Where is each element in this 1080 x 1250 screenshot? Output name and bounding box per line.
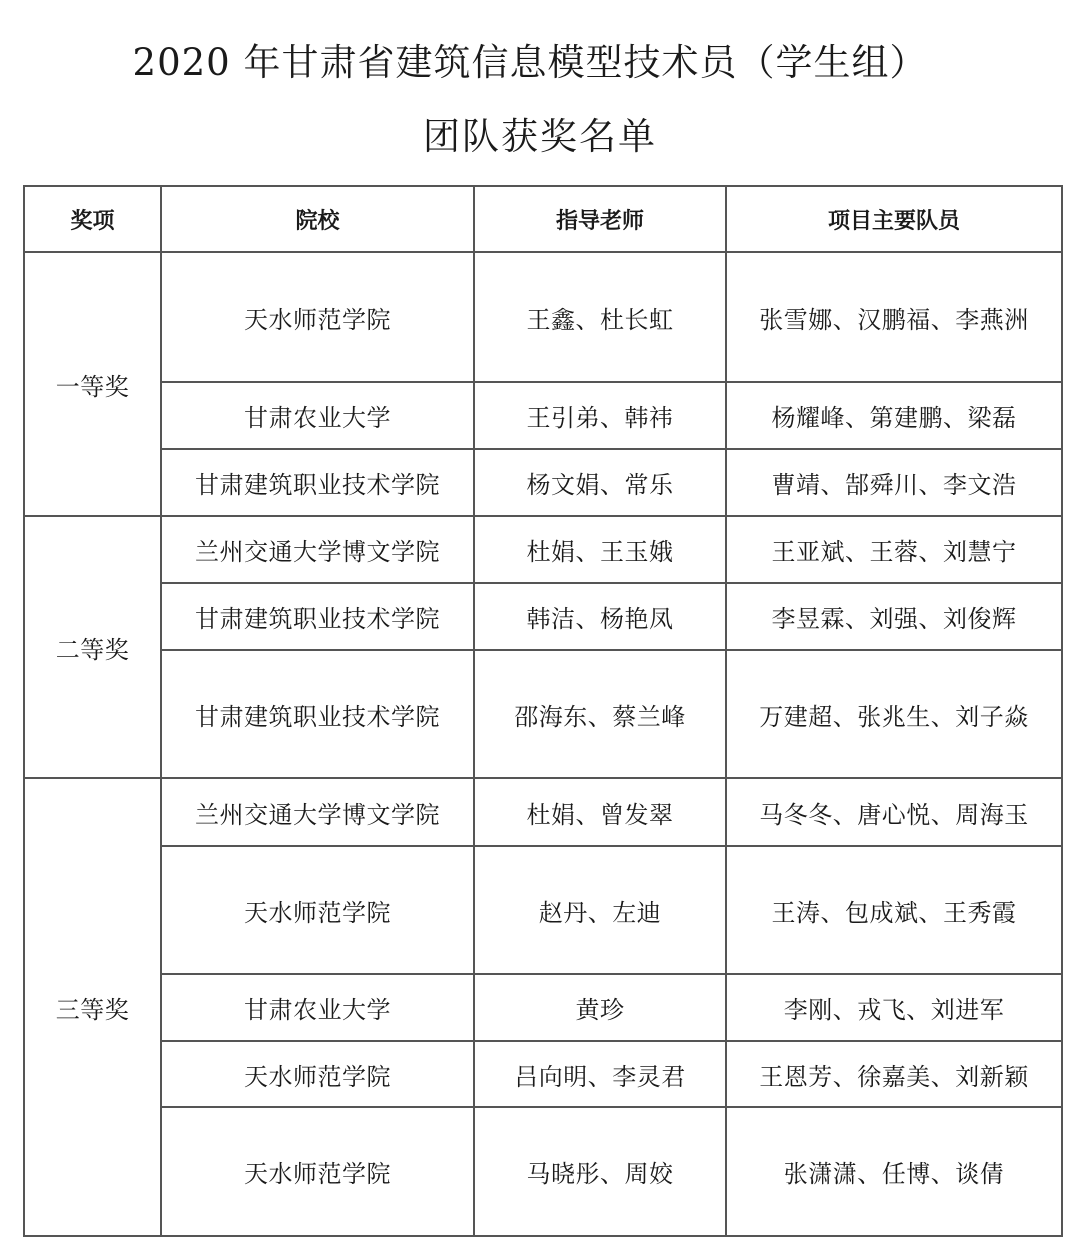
school-cell: 天水师范学院: [161, 1107, 474, 1236]
table-row: 甘肃建筑职业技术学院 杨文娟、常乐 曹靖、郜舜川、李文浩: [24, 449, 1062, 516]
member-names: 李刚、戎飞、刘进军: [784, 990, 1005, 1025]
award-level: 二等奖: [56, 630, 130, 665]
members-cell: 万建超、张兆生、刘子焱: [726, 650, 1062, 778]
school-name: 兰州交通大学博文学院: [195, 795, 440, 830]
school-name: 天水师范学院: [244, 1057, 391, 1092]
school-name: 甘肃建筑职业技术学院: [195, 697, 440, 732]
school-cell: 兰州交通大学博文学院: [161, 778, 474, 846]
members-cell: 王恩芳、徐嘉美、刘新颖: [726, 1041, 1062, 1107]
teacher-cell: 王鑫、杜长虹: [474, 252, 726, 382]
title-line-1: 2020 年甘肃省建筑信息模型技术员（学生组）: [0, 38, 1080, 88]
teacher-names: 吕向明、李灵君: [514, 1057, 686, 1092]
member-names: 王涛、包成斌、王秀霞: [772, 893, 1017, 928]
school-cell: 甘肃建筑职业技术学院: [161, 583, 474, 650]
teacher-names: 赵丹、左迪: [539, 893, 662, 928]
school-cell: 天水师范学院: [161, 846, 474, 974]
header-teacher: 指导老师: [474, 186, 726, 252]
table-row: 甘肃建筑职业技术学院 韩洁、杨艳凤 李昱霖、刘强、刘俊辉: [24, 583, 1062, 650]
table-row: 甘肃农业大学 黄珍 李刚、戎飞、刘进军: [24, 974, 1062, 1041]
school-name: 甘肃农业大学: [244, 398, 391, 433]
school-cell: 甘肃农业大学: [161, 974, 474, 1041]
members-cell: 王亚斌、王蓉、刘慧宁: [726, 516, 1062, 583]
award-level-cell: 三等奖: [24, 778, 161, 1236]
teacher-cell: 马晓彤、周姣: [474, 1107, 726, 1236]
teacher-names: 王引弟、韩祎: [527, 398, 674, 433]
school-name: 天水师范学院: [244, 1154, 391, 1189]
school-name: 天水师范学院: [244, 893, 391, 928]
members-cell: 杨耀峰、第建鹏、梁磊: [726, 382, 1062, 449]
table-body: 一等奖 天水师范学院 王鑫、杜长虹 张雪娜、汉鹏福、李燕洲 甘肃农业大学 王引弟…: [24, 252, 1062, 1236]
member-names: 王亚斌、王蓉、刘慧宁: [772, 532, 1017, 567]
members-cell: 马冬冬、唐心悦、周海玉: [726, 778, 1062, 846]
member-names: 王恩芳、徐嘉美、刘新颖: [759, 1057, 1029, 1092]
member-names: 张潇潇、任博、谈倩: [784, 1154, 1005, 1189]
school-name: 甘肃建筑职业技术学院: [195, 465, 440, 500]
school-cell: 甘肃建筑职业技术学院: [161, 449, 474, 516]
members-cell: 曹靖、郜舜川、李文浩: [726, 449, 1062, 516]
teacher-names: 杨文娟、常乐: [527, 465, 674, 500]
awards-table: 奖项 院校 指导老师 项目主要队员 一等奖 天水师范学院 王鑫、杜长虹 张雪娜、…: [23, 185, 1063, 1237]
table-row: 天水师范学院 吕向明、李灵君 王恩芳、徐嘉美、刘新颖: [24, 1041, 1062, 1107]
teacher-names: 杜娟、曾发翠: [527, 795, 674, 830]
member-names: 曹靖、郜舜川、李文浩: [772, 465, 1017, 500]
school-name: 天水师范学院: [244, 300, 391, 335]
member-names: 张雪娜、汉鹏福、李燕洲: [759, 300, 1029, 335]
table-row: 天水师范学院 赵丹、左迪 王涛、包成斌、王秀霞: [24, 846, 1062, 974]
table-header-row: 奖项 院校 指导老师 项目主要队员: [24, 186, 1062, 252]
members-cell: 张雪娜、汉鹏福、李燕洲: [726, 252, 1062, 382]
members-cell: 张潇潇、任博、谈倩: [726, 1107, 1062, 1236]
school-cell: 甘肃建筑职业技术学院: [161, 650, 474, 778]
header-members: 项目主要队员: [726, 186, 1062, 252]
member-names: 马冬冬、唐心悦、周海玉: [759, 795, 1029, 830]
table-row: 甘肃建筑职业技术学院 邵海东、蔡兰峰 万建超、张兆生、刘子焱: [24, 650, 1062, 778]
teacher-cell: 吕向明、李灵君: [474, 1041, 726, 1107]
teacher-cell: 邵海东、蔡兰峰: [474, 650, 726, 778]
award-level: 一等奖: [56, 367, 130, 402]
award-level-cell: 一等奖: [24, 252, 161, 516]
award-level: 三等奖: [56, 990, 130, 1025]
school-cell: 兰州交通大学博文学院: [161, 516, 474, 583]
member-names: 万建超、张兆生、刘子焱: [759, 697, 1029, 732]
school-name: 兰州交通大学博文学院: [195, 532, 440, 567]
teacher-names: 杜娟、王玉娥: [527, 532, 674, 567]
teacher-names: 黄珍: [576, 990, 625, 1025]
school-cell: 天水师范学院: [161, 252, 474, 382]
teacher-cell: 杨文娟、常乐: [474, 449, 726, 516]
title-line-2: 团队获奖名单: [0, 112, 1080, 162]
teacher-cell: 韩洁、杨艳凤: [474, 583, 726, 650]
school-name: 甘肃建筑职业技术学院: [195, 599, 440, 634]
header-school: 院校: [161, 186, 474, 252]
teacher-names: 马晓彤、周姣: [527, 1154, 674, 1189]
table-row: 三等奖 兰州交通大学博文学院 杜娟、曾发翠 马冬冬、唐心悦、周海玉: [24, 778, 1062, 846]
teacher-names: 邵海东、蔡兰峰: [514, 697, 686, 732]
award-level-cell: 二等奖: [24, 516, 161, 778]
teacher-names: 王鑫、杜长虹: [527, 300, 674, 335]
school-name: 甘肃农业大学: [244, 990, 391, 1025]
teacher-cell: 黄珍: [474, 974, 726, 1041]
table-row: 甘肃农业大学 王引弟、韩祎 杨耀峰、第建鹏、梁磊: [24, 382, 1062, 449]
teacher-cell: 赵丹、左迪: [474, 846, 726, 974]
teacher-cell: 王引弟、韩祎: [474, 382, 726, 449]
members-cell: 李刚、戎飞、刘进军: [726, 974, 1062, 1041]
member-names: 李昱霖、刘强、刘俊辉: [772, 599, 1017, 634]
school-cell: 甘肃农业大学: [161, 382, 474, 449]
member-names: 杨耀峰、第建鹏、梁磊: [772, 398, 1017, 433]
table-row: 一等奖 天水师范学院 王鑫、杜长虹 张雪娜、汉鹏福、李燕洲: [24, 252, 1062, 382]
members-cell: 王涛、包成斌、王秀霞: [726, 846, 1062, 974]
teacher-cell: 杜娟、曾发翠: [474, 778, 726, 846]
teacher-cell: 杜娟、王玉娥: [474, 516, 726, 583]
teacher-names: 韩洁、杨艳凤: [527, 599, 674, 634]
members-cell: 李昱霖、刘强、刘俊辉: [726, 583, 1062, 650]
header-award: 奖项: [24, 186, 161, 252]
table-row: 二等奖 兰州交通大学博文学院 杜娟、王玉娥 王亚斌、王蓉、刘慧宁: [24, 516, 1062, 583]
school-cell: 天水师范学院: [161, 1041, 474, 1107]
table-row: 天水师范学院 马晓彤、周姣 张潇潇、任博、谈倩: [24, 1107, 1062, 1236]
